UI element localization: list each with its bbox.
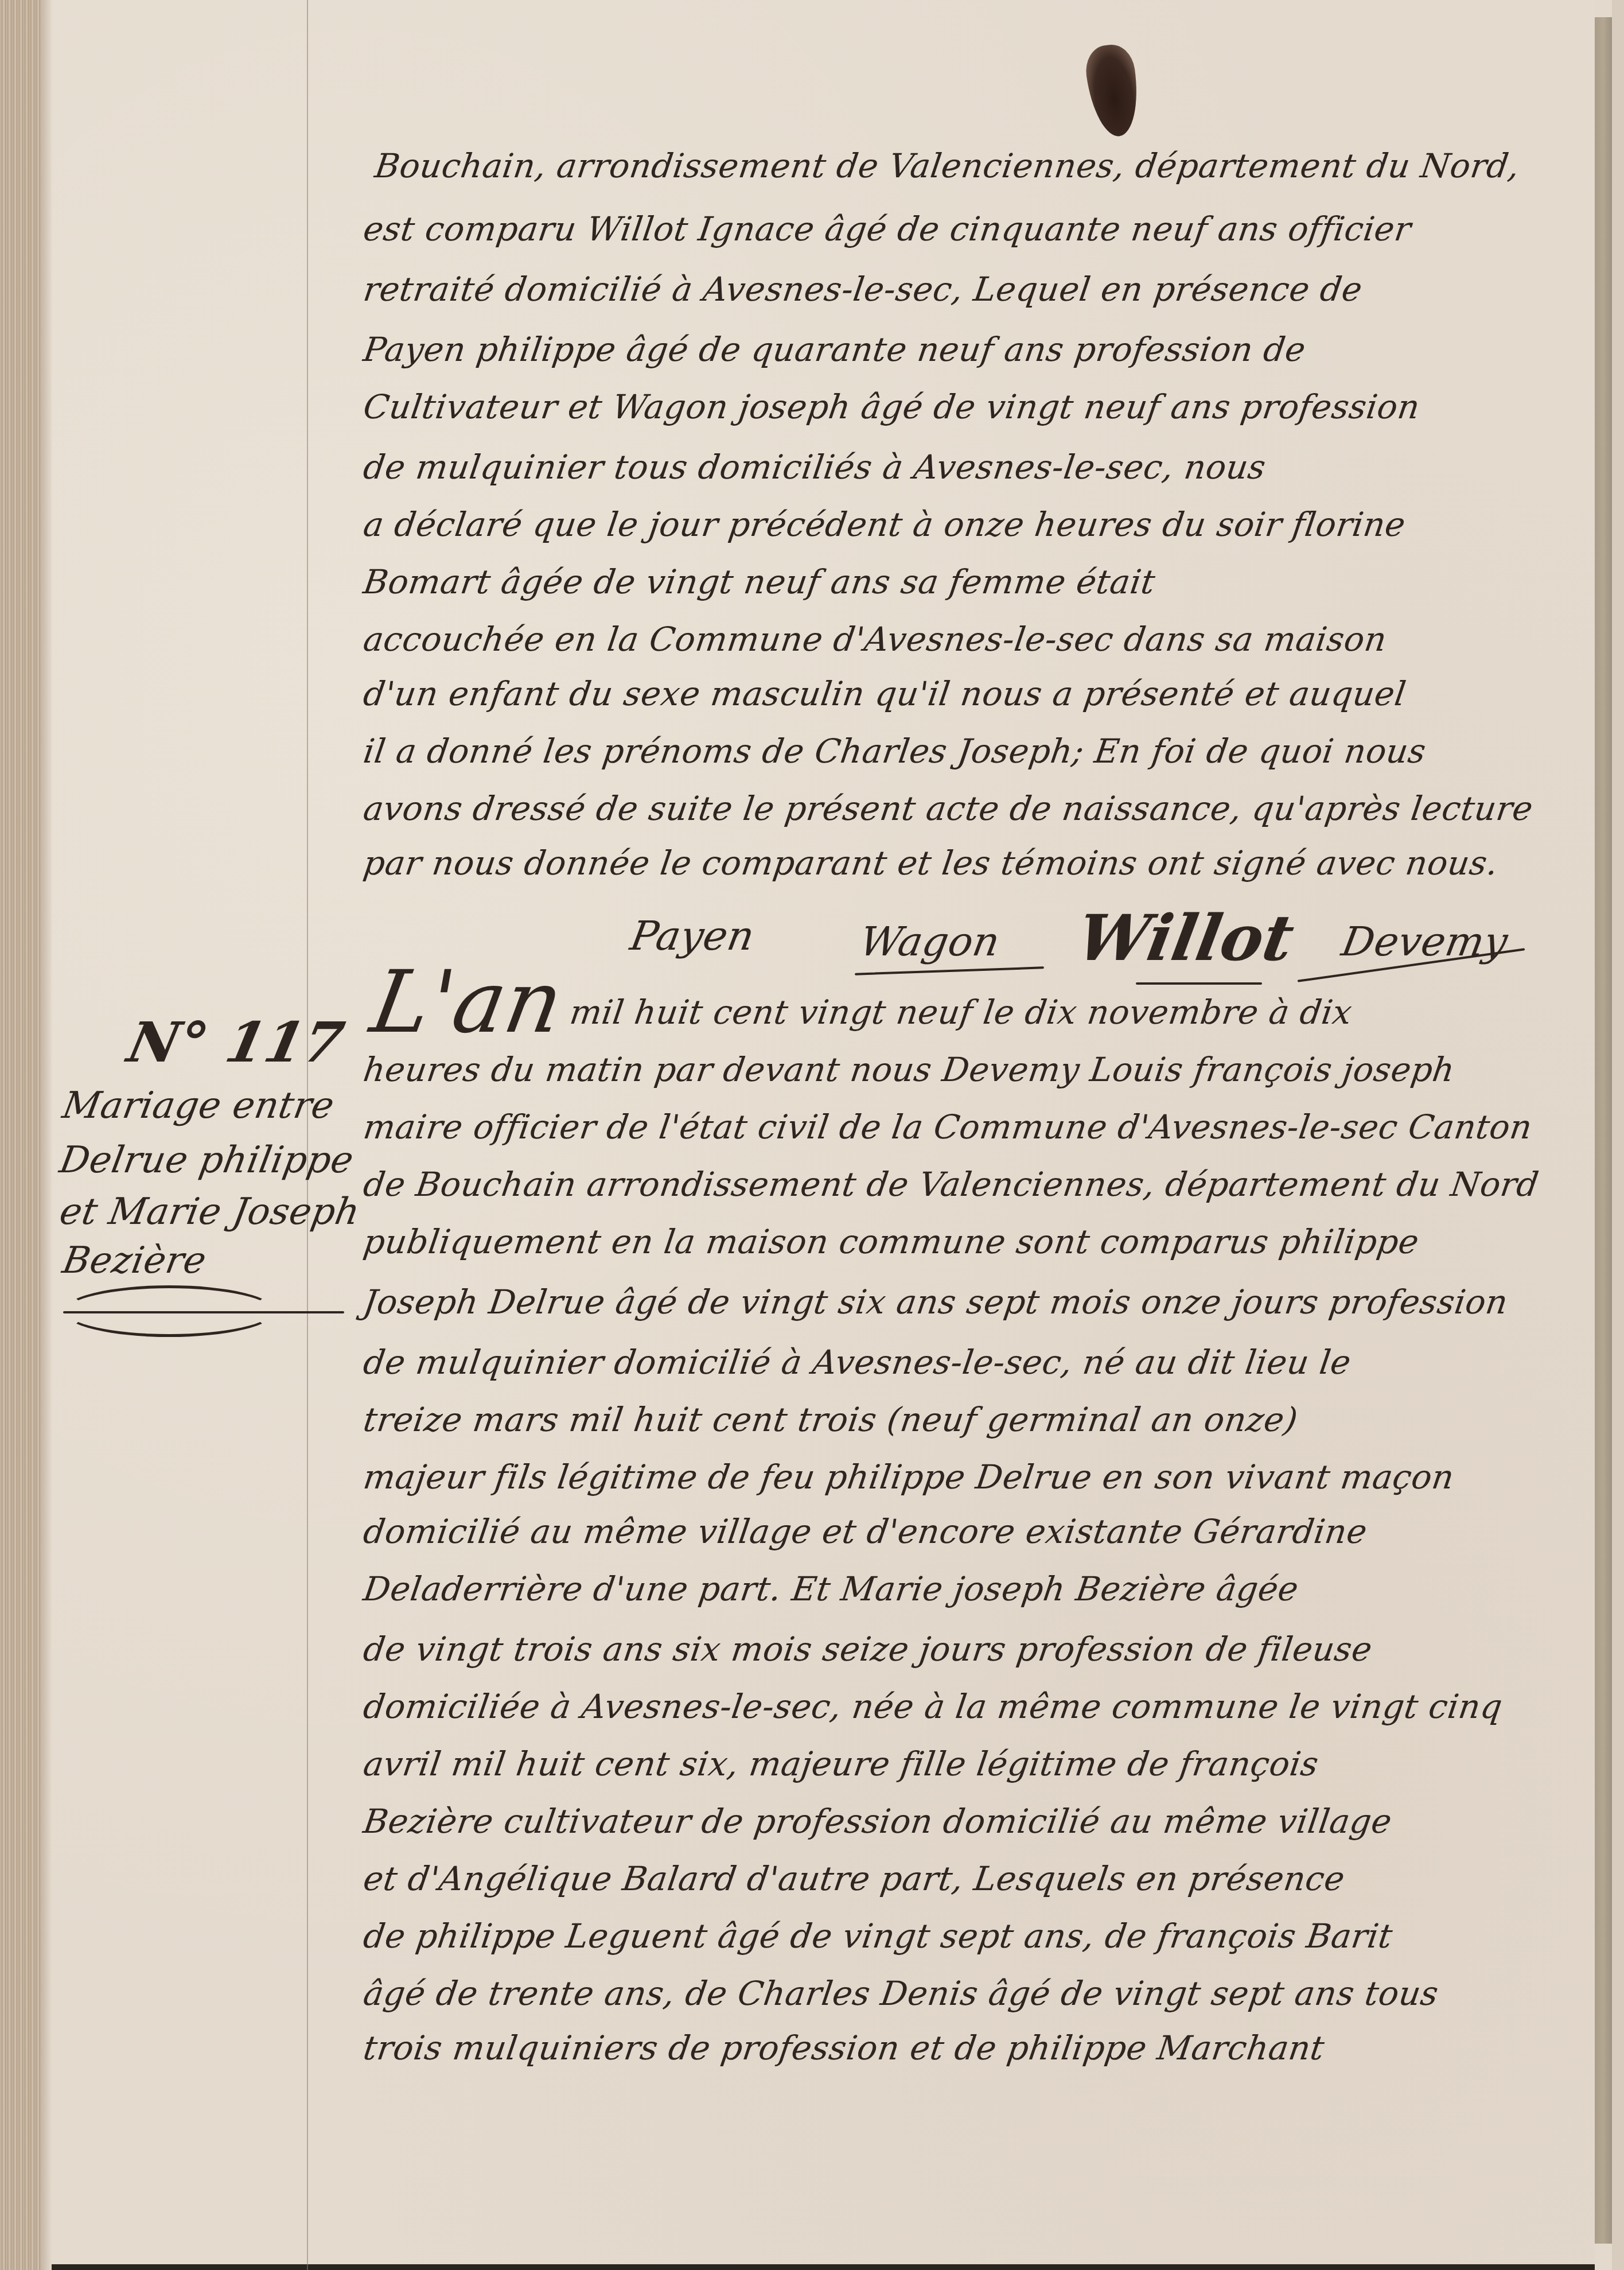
text-line: majeur fils légitime de feu philippe Del… <box>361 1460 1456 1494</box>
margin-title-line: Delrue philippe <box>56 1139 357 1181</box>
text-line: avons dressé de suite le présent acte de… <box>361 792 1535 825</box>
text-line: Payen philippe âgé de quarante neuf ans … <box>361 333 1308 366</box>
text-line: d'un enfant du sexe masculin qu'il nous … <box>361 677 1408 710</box>
text-line: trois mulquiniers de profession et de ph… <box>361 2031 1327 2065</box>
text-line: de vingt trois ans six mois seize jours … <box>361 1632 1374 1666</box>
margin-title-line: Mariage entre <box>59 1085 337 1127</box>
text-line: maire officier de l'état civil de la Com… <box>361 1110 1534 1144</box>
margin-title-line: Bezière <box>59 1239 209 1282</box>
text-line: domicilié au même village et d'encore ex… <box>361 1515 1369 1548</box>
text-line: de mulquinier domicilié à Avesnes-le-sec… <box>361 1346 1353 1379</box>
record-opening: L'an <box>364 953 571 1052</box>
text-line: âgé de trente ans, de Charles Denis âgé … <box>361 1977 1440 2010</box>
text-line: de Bouchain arrondissement de Valencienn… <box>361 1168 1541 1201</box>
binding-strip <box>1595 17 1612 2244</box>
text-line: Joseph Delrue âgé de vingt six ans sept … <box>361 1285 1510 1319</box>
text-line: accouchée en la Commune d'Avesnes-le-sec… <box>361 623 1389 656</box>
gutter-shadow <box>40 0 52 2270</box>
text-line: publiquement en la maison commune sont c… <box>361 1225 1421 1258</box>
text-line: treize mars mil huit cent trois (neuf ge… <box>361 1403 1300 1436</box>
text-line: heures du matin par devant nous Devemy L… <box>361 1053 1457 1086</box>
paraph-flourish <box>1136 982 1262 985</box>
book-leaf-edges <box>0 0 40 2270</box>
text-line: est comparu Willot Ignace âgé de cinquan… <box>361 212 1413 246</box>
signature-wagon: Wagon <box>856 918 1004 965</box>
text-line: par nous donnée le comparant et les témo… <box>361 846 1500 880</box>
margin-paraph-line <box>63 1311 344 1313</box>
text-line: domiciliée à Avesnes-le-sec, née à la mê… <box>361 1690 1505 1723</box>
margin-rule-line <box>307 0 308 2270</box>
margin-title-line: et Marie Joseph <box>56 1191 363 1233</box>
text-line: Bomart âgée de vingt neuf ans sa femme é… <box>361 565 1157 598</box>
text-line: et d'Angélique Balard d'autre part, Lesq… <box>361 1862 1347 1895</box>
text-line: avril mil huit cent six, majeure fille l… <box>361 1747 1321 1781</box>
signature-payen: Payen <box>627 912 758 959</box>
text-line: mil huit cent vingt neuf le dix novembre… <box>568 996 1354 1029</box>
text-line: de mulquinier tous domiciliés à Avesnes-… <box>361 450 1268 484</box>
text-line: de philippe Leguent âgé de vingt sept an… <box>361 1919 1395 1953</box>
text-line: retraité domicilié à Avesnes-le-sec, Leq… <box>361 273 1364 306</box>
text-line: Bouchain, arrondissement de Valenciennes… <box>373 149 1522 182</box>
text-line: Cultivateur et Wagon joseph âgé de vingt… <box>361 390 1422 423</box>
entry-number: N° 117 <box>122 1010 350 1075</box>
signature-willot: Willot <box>1072 901 1300 975</box>
text-line: a déclaré que le jour précédent à onze h… <box>361 508 1408 541</box>
text-line: il a donné les prénoms de Charles Joseph… <box>361 734 1428 768</box>
text-line: Deladerrière d'une part. Et Marie joseph… <box>361 1572 1300 1606</box>
text-line: Bezière cultivateur de profession domici… <box>361 1805 1394 1838</box>
right-page-edge <box>1612 0 1624 2270</box>
signature-devemy: Devemy <box>1338 918 1512 965</box>
register-page: Bouchain, arrondissement de Valenciennes… <box>0 0 1624 2270</box>
